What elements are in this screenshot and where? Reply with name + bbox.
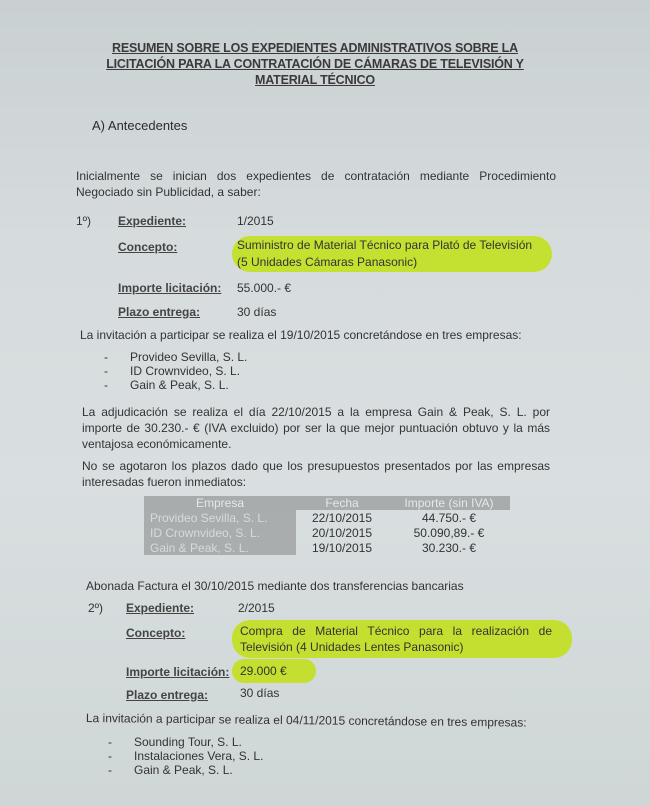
item-number-1: 1º) <box>76 214 91 228</box>
value-concepto-2-line2: Televisión (4 Unidades Lentes Panasonic) <box>240 640 463 654</box>
list-item: ID Crownvideo, S. L. <box>104 364 247 378</box>
value-concepto-1-line2: (5 Unidades Cámaras Panasonic) <box>237 255 417 269</box>
section-heading: A) Antecedentes <box>92 118 187 133</box>
item-number-2: 2º) <box>88 601 103 615</box>
list-item: Sounding Tour, S. L. <box>108 735 263 749</box>
cell-importe: 50.090,89.- € <box>388 525 510 540</box>
label-concepto-2: Concepto: <box>126 626 185 640</box>
cell-empresa: Gain & Peak, S. L. <box>144 540 296 555</box>
company-list-1: Provideo Sevilla, S. L. ID Crownvideo, S… <box>104 350 247 392</box>
invitation-2: La invitación a participar se realiza el… <box>86 710 527 731</box>
table-row: ID Crownvideo, S. L. 20/10/2015 50.090,8… <box>144 525 510 540</box>
cell-fecha: 22/10/2015 <box>296 510 388 525</box>
value-plazo-1: 30 días <box>237 305 276 319</box>
document-title: RESUMEN SOBRE LOS EXPEDIENTES ADMINISTRA… <box>95 40 535 88</box>
cell-fecha: 19/10/2015 <box>296 540 388 555</box>
table-row: Provideo Sevilla, S. L. 22/10/2015 44.75… <box>144 510 510 525</box>
value-importe-1: 55.000.- € <box>237 281 291 295</box>
table-row: Gain & Peak, S. L. 19/10/2015 30.230.- € <box>144 540 510 555</box>
list-item: Gain & Peak, S. L. <box>108 763 263 777</box>
value-concepto-1-line1: Suministro de Material Técnico para Plat… <box>237 238 532 252</box>
adjudication-paragraph: La adjudicación se realiza el día 22/10/… <box>82 404 550 452</box>
label-expediente-1: Expediente: <box>118 214 186 228</box>
bids-table: Empresa Fecha Importe (sin IVA) Provideo… <box>144 496 510 555</box>
invoice-note: Abonada Factura el 30/10/2015 mediante d… <box>86 578 464 594</box>
invitation-1: La invitación a participar se realiza el… <box>80 327 522 343</box>
value-expediente-1: 1/2015 <box>237 214 274 228</box>
table-header: Importe (sin IVA) <box>388 496 510 510</box>
cell-fecha: 20/10/2015 <box>296 525 388 540</box>
cell-empresa: ID Crownvideo, S. L. <box>144 525 296 540</box>
cell-importe: 30.230.- € <box>388 540 510 555</box>
label-plazo-1: Plazo entrega: <box>118 305 200 319</box>
value-expediente-2: 2/2015 <box>238 601 275 615</box>
label-plazo-2: Plazo entrega: <box>126 688 208 702</box>
label-expediente-2: Expediente: <box>126 601 194 615</box>
value-importe-2: 29.000 € <box>240 664 287 678</box>
company-list-2: Sounding Tour, S. L. Instalaciones Vera,… <box>108 735 263 777</box>
label-concepto-1: Concepto: <box>118 240 177 254</box>
label-importe-1: Importe licitación: <box>118 281 221 295</box>
list-item: Provideo Sevilla, S. L. <box>104 350 247 364</box>
table-header: Empresa <box>144 496 296 510</box>
list-item: Gain & Peak, S. L. <box>104 378 247 392</box>
cell-importe: 44.750.- € <box>388 510 510 525</box>
table-header: Fecha <box>296 496 388 510</box>
value-concepto-2-line1: Compra de Material Técnico para la reali… <box>240 624 552 638</box>
label-importe-2: Importe licitación: <box>126 665 229 679</box>
deadlines-paragraph: No se agotaron los plazos dado que los p… <box>82 458 550 490</box>
cell-empresa: Provideo Sevilla, S. L. <box>144 510 296 525</box>
value-plazo-2: 30 días <box>240 686 279 700</box>
list-item: Instalaciones Vera, S. L. <box>108 749 263 763</box>
intro-paragraph: Inicialmente se inician dos expedientes … <box>76 168 556 200</box>
document-page: RESUMEN SOBRE LOS EXPEDIENTES ADMINISTRA… <box>0 0 650 806</box>
